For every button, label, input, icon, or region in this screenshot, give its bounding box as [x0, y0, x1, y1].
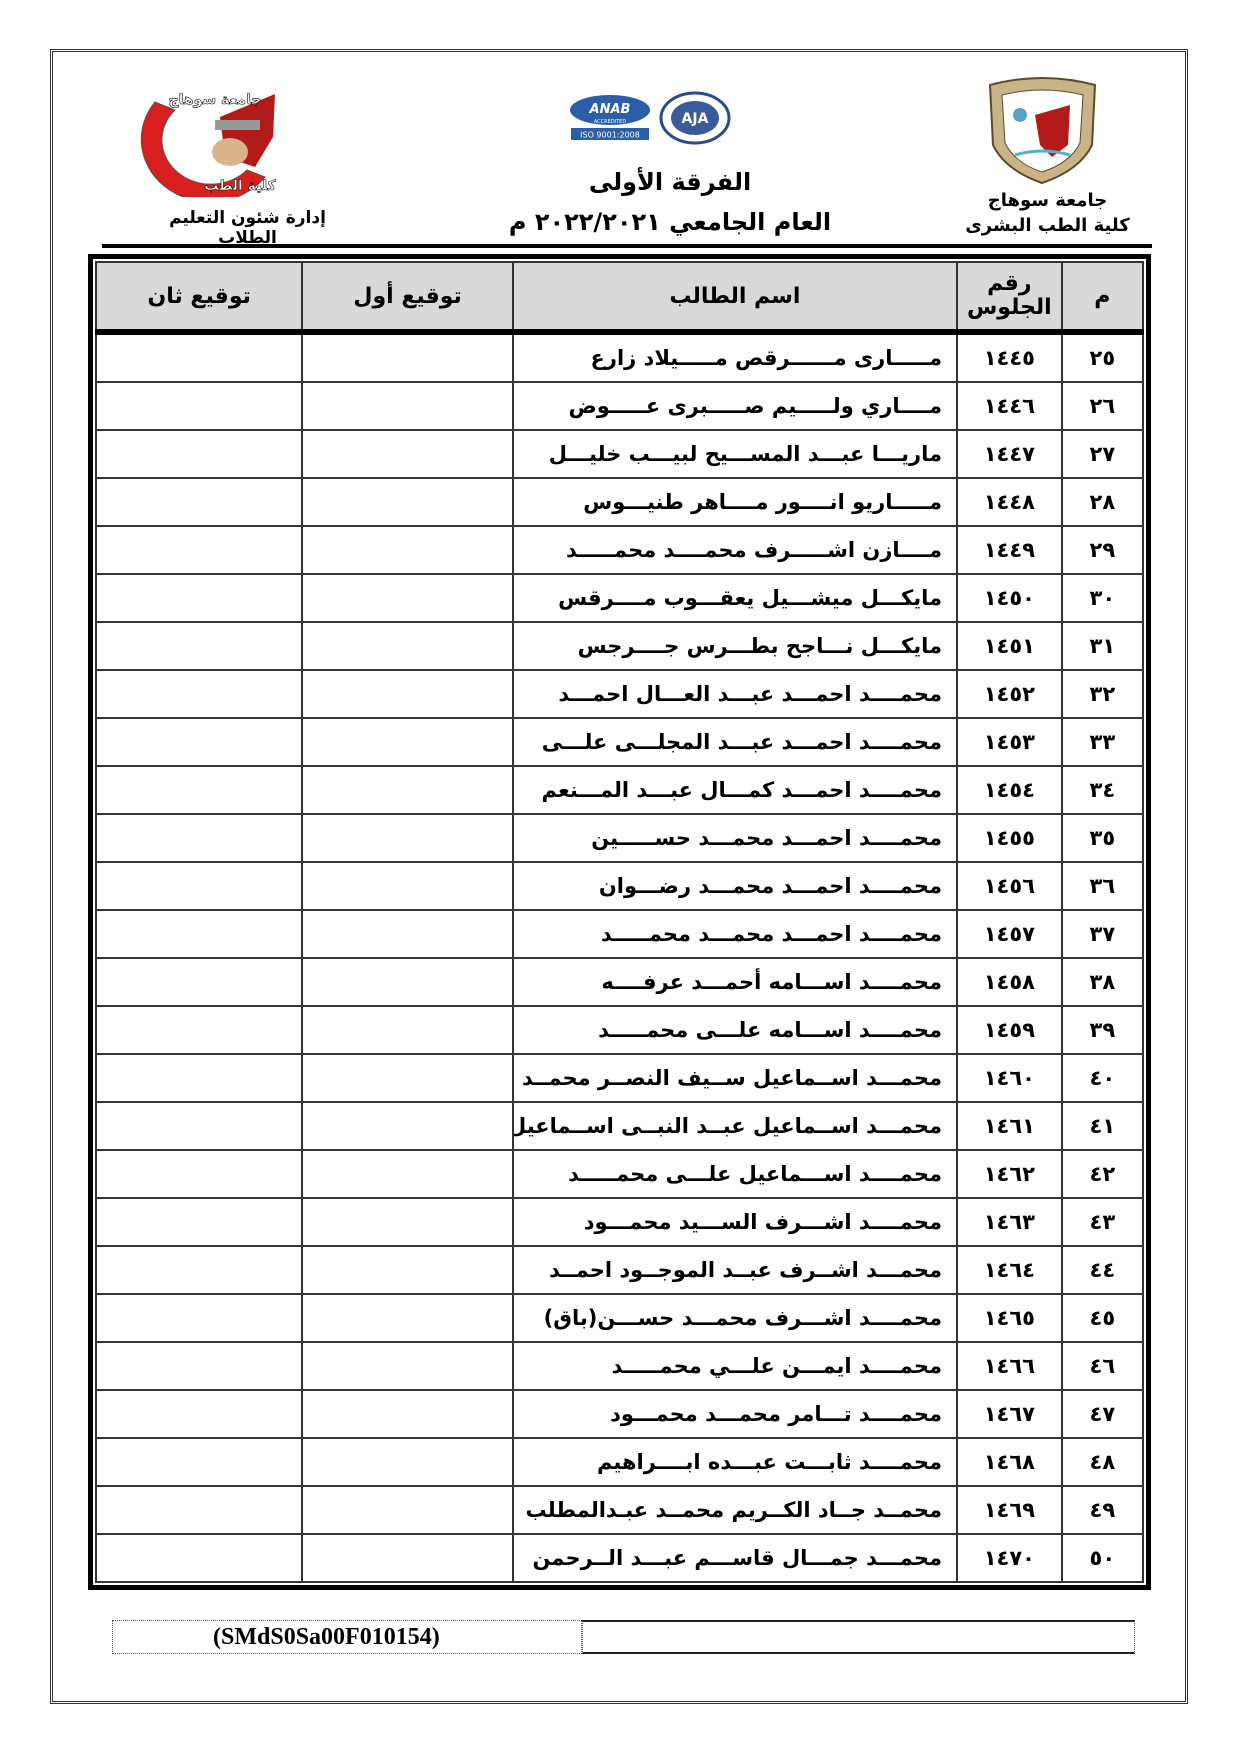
table-row: ٣٤١٤٥٤محمــــد احمـــد كمـــال عبـــد ال…	[96, 766, 1143, 814]
second-signature-cell[interactable]	[96, 670, 302, 718]
first-signature-cell[interactable]	[302, 1486, 512, 1534]
seat-number: ١٤٤٦	[957, 382, 1062, 430]
table-row: ٤٠١٤٦٠محمـــد اســماعيل ســيف النصــر مح…	[96, 1054, 1143, 1102]
seat-number: ١٤٥٣	[957, 718, 1062, 766]
student-name: ماريـــا عبـــد المســـيح لبيـــب خليـــ…	[513, 430, 957, 478]
row-index: ٣٢	[1062, 670, 1143, 718]
table-row: ٢٧١٤٤٧ماريـــا عبـــد المســـيح لبيـــب …	[96, 430, 1143, 478]
footer-empty-box	[582, 1620, 1135, 1654]
row-index: ٢٥	[1062, 332, 1143, 382]
first-signature-cell[interactable]	[302, 1150, 512, 1198]
table-row: ٢٥١٤٤٥مـــــارى مــــــرقص مـــــيلاد زا…	[96, 332, 1143, 382]
header-divider	[102, 244, 1152, 248]
seat-number: ١٤٤٧	[957, 430, 1062, 478]
row-index: ٢٩	[1062, 526, 1143, 574]
seat-number: ١٤٥٨	[957, 958, 1062, 1006]
first-signature-cell[interactable]	[302, 814, 512, 862]
table-row: ٣٧١٤٥٧محمــــد احمـــد محمـــد محمـــــد	[96, 910, 1143, 958]
student-name: محمــــد احمـــد محمـــد محمـــــد	[513, 910, 957, 958]
second-signature-cell[interactable]	[96, 1006, 302, 1054]
table-header-row: م رقم الجلوس اسم الطالب توقيع أول توقيع …	[96, 262, 1143, 332]
first-signature-cell[interactable]	[302, 1246, 512, 1294]
row-index: ٣٥	[1062, 814, 1143, 862]
first-signature-cell[interactable]	[302, 478, 512, 526]
table-row: ٤٤١٤٦٤محمـــد اشــرف عبــد الموجــود احم…	[96, 1246, 1143, 1294]
university-name: جامعة سوهاج	[960, 190, 1135, 211]
table-row: ٤٨١٤٦٨محمــــد ثابـــت عبـــده ابــــراه…	[96, 1438, 1143, 1486]
table-row: ٤١١٤٦١محمـــد اســماعيل عبــد النبــى اس…	[96, 1102, 1143, 1150]
sohag-university-seal	[980, 75, 1105, 185]
second-signature-cell[interactable]	[96, 910, 302, 958]
first-signature-cell[interactable]	[302, 670, 512, 718]
row-index: ٤٥	[1062, 1294, 1143, 1342]
second-signature-cell[interactable]	[96, 1534, 302, 1582]
anab-sub: ACCREDITED	[594, 119, 626, 125]
faculty-name: كلية الطب البشرى	[960, 215, 1135, 236]
col-header-second-signature: توقيع ثان	[96, 262, 302, 332]
table-row: ٣٦١٤٥٦محمــــد احمـــد محمـــد رضـــوان	[96, 862, 1143, 910]
second-signature-cell[interactable]	[96, 332, 302, 382]
second-signature-cell[interactable]	[96, 574, 302, 622]
row-index: ٣٨	[1062, 958, 1143, 1006]
first-signature-cell[interactable]	[302, 1006, 512, 1054]
seat-number: ١٤٥٥	[957, 814, 1062, 862]
row-index: ٤٣	[1062, 1198, 1143, 1246]
seat-number: ١٤٥٤	[957, 766, 1062, 814]
student-name: محمــــد اشـــرف محمـــد حســـن(باق)	[513, 1294, 957, 1342]
student-name: مـــــاريو انــــور مــــاهر طنيـــوس	[513, 478, 957, 526]
first-signature-cell[interactable]	[302, 718, 512, 766]
student-name: محمــــد ثابـــت عبـــده ابــــراهيم	[513, 1438, 957, 1486]
first-signature-cell[interactable]	[302, 1438, 512, 1486]
seat-number: ١٤٦١	[957, 1102, 1062, 1150]
row-index: ٤٠	[1062, 1054, 1143, 1102]
row-index: ٤٤	[1062, 1246, 1143, 1294]
student-name: محمــــد ايمـــن علـــي محمـــــد	[513, 1342, 957, 1390]
col-header-index: م	[1062, 262, 1143, 332]
row-index: ٣٤	[1062, 766, 1143, 814]
seat-number: ١٤٦٥	[957, 1294, 1062, 1342]
row-index: ٣٦	[1062, 862, 1143, 910]
student-name: محمــــد اســـامه علـــى محمـــــد	[513, 1006, 957, 1054]
student-name: محمــــد اســـامه أحمـــد عرفــــه	[513, 958, 957, 1006]
row-index: ٣٧	[1062, 910, 1143, 958]
table-row: ٤٣١٤٦٣محمــــد اشـــرف الســـيد محمـــود	[96, 1198, 1143, 1246]
second-signature-cell[interactable]	[96, 1294, 302, 1342]
student-name: محمــــد احمـــد عبـــد العـــال احمـــد	[513, 670, 957, 718]
second-signature-cell[interactable]	[96, 382, 302, 430]
seat-number: ١٤٦٦	[957, 1342, 1062, 1390]
department-name: إدارة شئون التعليم الطلاب	[140, 208, 355, 248]
seat-number: ١٤٥٩	[957, 1006, 1062, 1054]
table-row: ٣٣١٤٥٣محمــــد احمـــد عبـــد المجلـــى …	[96, 718, 1143, 766]
col-header-first-signature: توقيع أول	[302, 262, 512, 332]
student-name: محمــــد اشـــرف الســـيد محمـــود	[513, 1198, 957, 1246]
table-row: ٣٨١٤٥٨محمــــد اســـامه أحمـــد عرفــــه	[96, 958, 1143, 1006]
second-signature-cell[interactable]	[96, 1054, 302, 1102]
table-row: ٣٩١٤٥٩محمــــد اســـامه علـــى محمـــــد	[96, 1006, 1143, 1054]
first-signature-cell[interactable]	[302, 1102, 512, 1150]
second-signature-cell[interactable]	[96, 1486, 302, 1534]
class-title: الفرقة الأولى	[480, 168, 860, 196]
second-signature-cell[interactable]	[96, 526, 302, 574]
second-signature-cell[interactable]	[96, 1150, 302, 1198]
seat-number: ١٤٥٧	[957, 910, 1062, 958]
first-signature-cell[interactable]	[302, 862, 512, 910]
table-row: ٥٠١٤٧٠محمـــد جمـــال قاســـم عبـــد الـ…	[96, 1534, 1143, 1582]
seat-number: ١٤٥٦	[957, 862, 1062, 910]
col-header-student-name: اسم الطالب	[513, 262, 957, 332]
table-row: ٢٩١٤٤٩مــــازن اشـــــرف محمــــد محمـــ…	[96, 526, 1143, 574]
seat-number: ١٤٤٥	[957, 332, 1062, 382]
seat-number: ١٤٤٩	[957, 526, 1062, 574]
student-name: محمـــد اســماعيل ســيف النصــر محمــد	[513, 1054, 957, 1102]
second-signature-cell[interactable]	[96, 1342, 302, 1390]
anab-label: ANAB	[589, 102, 631, 117]
second-signature-cell[interactable]	[96, 766, 302, 814]
accreditation-logos: ANAB ACCREDITED ISO 9001:2008 AJA	[565, 90, 760, 158]
first-signature-cell[interactable]	[302, 1054, 512, 1102]
seat-number: ١٤٥١	[957, 622, 1062, 670]
student-name: محمــــد احمـــد محمـــد حســـــين	[513, 814, 957, 862]
table-row: ٢٦١٤٤٦مــــاري ولـــــيم صـــــبرى عــــ…	[96, 382, 1143, 430]
table-row: ٤٢١٤٦٢محمــــد اســـماعيل علـــى محمــــ…	[96, 1150, 1143, 1198]
student-name: محمـــد جمـــال قاســـم عبـــد الــرحمن	[513, 1534, 957, 1582]
row-index: ٣٠	[1062, 574, 1143, 622]
first-signature-cell[interactable]	[302, 766, 512, 814]
student-name: محمــــد تـــامر محمـــد محمـــود	[513, 1390, 957, 1438]
roster-table: م رقم الجلوس اسم الطالب توقيع أول توقيع …	[88, 254, 1151, 1590]
row-index: ٣٩	[1062, 1006, 1143, 1054]
table-row: ٤٦١٤٦٦محمــــد ايمـــن علـــي محمـــــد	[96, 1342, 1143, 1390]
table-row: ٤٥١٤٦٥محمــــد اشـــرف محمـــد حســـن(با…	[96, 1294, 1143, 1342]
row-index: ٣١	[1062, 622, 1143, 670]
second-signature-cell[interactable]	[96, 1102, 302, 1150]
seat-number: ١٤٥٢	[957, 670, 1062, 718]
seat-number: ١٤٦٣	[957, 1198, 1062, 1246]
table-row: ٣٢١٤٥٢محمــــد احمـــد عبـــد العـــال ا…	[96, 670, 1143, 718]
table-row: ٣٥١٤٥٥محمــــد احمـــد محمـــد حســـــين	[96, 814, 1143, 862]
row-index: ٢٦	[1062, 382, 1143, 430]
row-index: ٤٩	[1062, 1486, 1143, 1534]
student-name: مايكـــل نـــاجح بطـــرس جــــرجس	[513, 622, 957, 670]
seat-number: ١٤٦٧	[957, 1390, 1062, 1438]
row-index: ٤٦	[1062, 1342, 1143, 1390]
logo-text-top: جامعة سوهاج	[169, 92, 262, 108]
row-index: ٢٨	[1062, 478, 1143, 526]
first-signature-cell[interactable]	[302, 958, 512, 1006]
student-name: محمـــد اســماعيل عبــد النبــى اســماعي…	[513, 1102, 957, 1150]
second-signature-cell[interactable]	[96, 478, 302, 526]
seat-header-line2: الجلوس	[959, 296, 1060, 320]
student-name: مـــــارى مــــــرقص مـــــيلاد زارع	[513, 332, 957, 382]
aja-label: AJA	[682, 111, 709, 127]
second-signature-cell[interactable]	[96, 958, 302, 1006]
student-name: مــــازن اشـــــرف محمــــد محمـــــد	[513, 526, 957, 574]
student-name: محمــــد اســـماعيل علـــى محمـــــد	[513, 1150, 957, 1198]
document-code: (SMdS0Sa00F010154)	[112, 1620, 582, 1654]
second-signature-cell[interactable]	[96, 1198, 302, 1246]
second-signature-cell[interactable]	[96, 1438, 302, 1486]
student-name: محمـــد اشــرف عبــد الموجــود احمــد	[513, 1246, 957, 1294]
first-signature-cell[interactable]	[302, 430, 512, 478]
first-signature-cell[interactable]	[302, 1390, 512, 1438]
academic-year: العام الجامعي ٢٠٢٢/٢٠٢١ م	[480, 208, 860, 236]
row-index: ٢٧	[1062, 430, 1143, 478]
row-index: ٣٣	[1062, 718, 1143, 766]
first-signature-cell[interactable]	[302, 574, 512, 622]
row-index: ٤١	[1062, 1102, 1143, 1150]
seat-number: ١٤٤٨	[957, 478, 1062, 526]
student-name: مايكـــل ميشـــيل يعقـــوب مــــرقس	[513, 574, 957, 622]
first-signature-cell[interactable]	[302, 1534, 512, 1582]
first-signature-cell[interactable]	[302, 1342, 512, 1390]
iso-label: ISO 9001:2008	[580, 131, 640, 140]
faculty-of-medicine-logo: جامعة سوهاج كلية الطب	[115, 82, 310, 197]
second-signature-cell[interactable]	[96, 622, 302, 670]
seat-number: ١٤٦٤	[957, 1246, 1062, 1294]
first-signature-cell[interactable]	[302, 1198, 512, 1246]
student-name: مــــاري ولـــــيم صـــــبرى عـــــوض	[513, 382, 957, 430]
second-signature-cell[interactable]	[96, 1390, 302, 1438]
table-row: ٢٨١٤٤٨مـــــاريو انــــور مــــاهر طنيــ…	[96, 478, 1143, 526]
col-header-seat-number: رقم الجلوس	[957, 262, 1062, 332]
second-signature-cell[interactable]	[96, 430, 302, 478]
first-signature-cell[interactable]	[302, 382, 512, 430]
first-signature-cell[interactable]	[302, 332, 512, 382]
table-row: ٤٩١٤٦٩محمــد جــاد الكــريم محمــد عبـدا…	[96, 1486, 1143, 1534]
second-signature-cell[interactable]	[96, 814, 302, 862]
table-row: ٣٠١٤٥٠مايكـــل ميشـــيل يعقـــوب مــــرق…	[96, 574, 1143, 622]
student-name: محمــــد احمـــد كمـــال عبـــد المـــنع…	[513, 766, 957, 814]
logo-text-bottom: كلية الطب	[204, 178, 276, 194]
student-name: محمــد جــاد الكــريم محمــد عبـدالمطلب	[513, 1486, 957, 1534]
table-row: ٣١١٤٥١مايكـــل نـــاجح بطـــرس جــــرجس	[96, 622, 1143, 670]
seat-number: ١٤٦٢	[957, 1150, 1062, 1198]
first-signature-cell[interactable]	[302, 910, 512, 958]
row-index: ٤٨	[1062, 1438, 1143, 1486]
seat-number: ١٤٥٠	[957, 574, 1062, 622]
seat-header-line1: رقم	[959, 272, 1060, 296]
seat-number: ١٤٦٠	[957, 1054, 1062, 1102]
seat-number: ١٤٦٩	[957, 1486, 1062, 1534]
second-signature-cell[interactable]	[96, 1246, 302, 1294]
row-index: ٤٢	[1062, 1150, 1143, 1198]
student-name: محمــــد احمـــد عبـــد المجلـــى علـــى	[513, 718, 957, 766]
row-index: ٤٧	[1062, 1390, 1143, 1438]
row-index: ٥٠	[1062, 1534, 1143, 1582]
student-name: محمــــد احمـــد محمـــد رضـــوان	[513, 862, 957, 910]
first-signature-cell[interactable]	[302, 526, 512, 574]
seat-number: ١٤٧٠	[957, 1534, 1062, 1582]
table-row: ٤٧١٤٦٧محمــــد تـــامر محمـــد محمـــود	[96, 1390, 1143, 1438]
first-signature-cell[interactable]	[302, 1294, 512, 1342]
second-signature-cell[interactable]	[96, 862, 302, 910]
seat-number: ١٤٦٨	[957, 1438, 1062, 1486]
second-signature-cell[interactable]	[96, 718, 302, 766]
first-signature-cell[interactable]	[302, 622, 512, 670]
